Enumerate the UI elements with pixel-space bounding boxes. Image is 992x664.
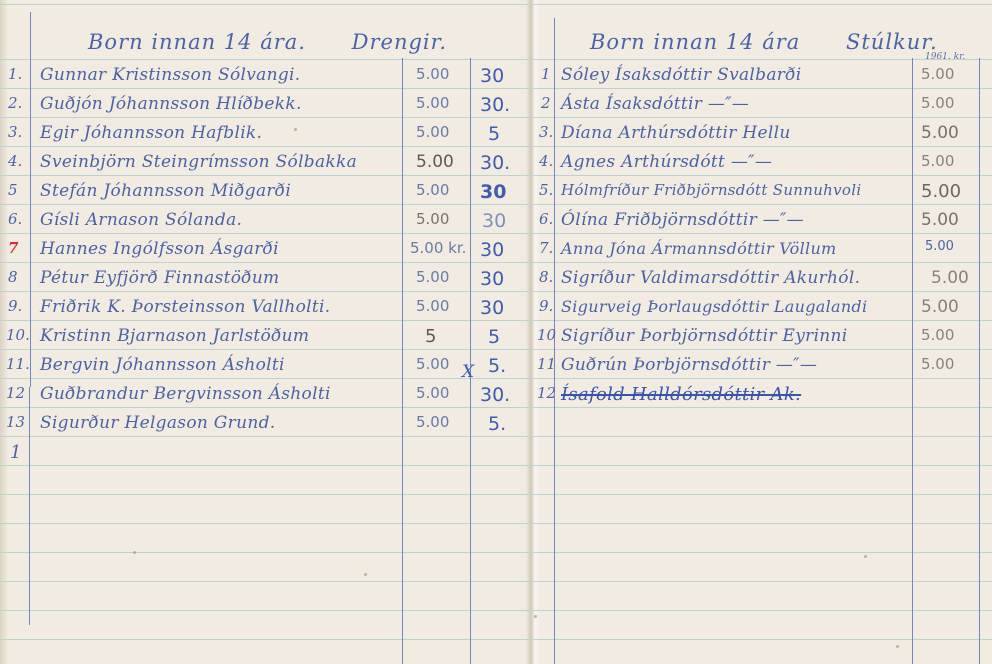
table-row: 1 Sóley Ísaksdóttir Svalbarði 5.00 <box>535 60 992 89</box>
row-number: 10. <box>6 326 30 344</box>
row-number: 4. <box>539 152 553 170</box>
paid-value: 30. <box>480 152 510 174</box>
row-number: 4. <box>8 152 22 170</box>
paid-value: 30 <box>480 181 506 203</box>
amount: 5.00 <box>416 152 454 172</box>
child-name: Hannes Ingólfsson Ásgarði <box>40 239 279 259</box>
row-number: 7. <box>539 239 553 257</box>
child-name: Ólína Friðbjörnsdóttir —″— <box>561 210 804 230</box>
amount: 5.00 <box>416 65 449 83</box>
paid-value: 30 <box>480 268 504 290</box>
left-heading-gender: Drengir. <box>352 30 447 54</box>
child-name: Stefán Jóhannsson Miðgarði <box>40 181 291 201</box>
amount: 5.00 <box>921 326 954 344</box>
table-row: 11 Guðrún Þorbjörnsdóttir —″— 5.00 <box>535 350 992 379</box>
child-name: Bergvin Jóhannsson Ásholti <box>40 355 285 375</box>
amount: 5.00 kr. <box>410 239 466 257</box>
row-number: 13 <box>6 413 25 431</box>
row-number: 2. <box>8 94 22 112</box>
row-number: 5 <box>8 181 18 199</box>
table-row: 10 Sigríður Þorbjörnsdóttir Eyrinni 5.00 <box>535 321 992 350</box>
paper-speck <box>364 573 367 576</box>
table-row: 1. Gunnar Kristinsson Sólvangi. 5.00 30 <box>0 60 533 89</box>
amount: 5.00 <box>921 65 954 83</box>
child-name: Pétur Eyfjörð Finnastöðum <box>40 268 279 288</box>
amount: 5.00 <box>416 181 449 199</box>
right-heading-gender: Stúlkur. <box>846 30 938 54</box>
amount: 5.00 <box>416 268 449 286</box>
row-number: 7 <box>8 239 18 257</box>
table-row: 6. Gísli Arnason Sólanda. 5.00 30 <box>0 205 533 234</box>
row-number: 5. <box>539 181 553 199</box>
table-row: 7 Hannes Ingólfsson Ásgarði 5.00 kr. 30 <box>0 234 533 263</box>
child-name: Kristinn Bjarnason Jarlstöðum <box>40 326 309 346</box>
amount: 5.00 <box>921 297 959 317</box>
paid-value: 30 <box>480 65 504 87</box>
table-row: 3. Egir Jóhannsson Hafblik. 5.00 5 <box>0 118 533 147</box>
table-row: 3. Díana Arthúrsdóttir Hellu 5.00 <box>535 118 992 147</box>
table-row: 7. Anna Jóna Ármannsdóttir Völlum 5.00 <box>535 234 992 263</box>
row-number: 9. <box>539 297 553 315</box>
paper-speck <box>133 551 136 554</box>
child-name-struck-through: Ísafold Halldórsdóttir Ak. <box>561 384 801 405</box>
row-number: 6. <box>8 210 22 228</box>
paid-value: 5 <box>488 326 500 348</box>
row-number: 1 <box>10 442 21 463</box>
row-number: 2 <box>541 94 551 112</box>
table-row: 2. Guðjón Jóhannsson Hlíðbekk. 5.00 30. <box>0 89 533 118</box>
paper-speck <box>294 128 297 131</box>
amount: 5.00 <box>921 123 959 143</box>
paper-speck <box>896 645 899 648</box>
child-name: Friðrik K. Þorsteinsson Vallholti. <box>40 297 330 317</box>
left-heading-title: Born innan 14 ára. <box>88 30 306 54</box>
row-number: 12 <box>6 384 25 402</box>
row-number: 1 <box>541 65 551 83</box>
table-row: 5. Hólmfríður Friðbjörnsdótt Sunnuhvoli … <box>535 176 992 205</box>
paper-speck <box>534 615 537 618</box>
amount: 5.00 <box>921 181 961 202</box>
child-name: Egir Jóhannsson Hafblik. <box>40 123 262 143</box>
left-page-heading: Born innan 14 ára. Drengir. <box>88 30 447 54</box>
child-name: Sigríður Valdimarsdóttir Akurhól. <box>561 268 860 288</box>
amount: 5.00 <box>416 94 449 112</box>
table-row: 6. Ólína Friðbjörnsdóttir —″— 5.00 <box>535 205 992 234</box>
row-number: 10 <box>537 326 556 344</box>
table-row: 8 Pétur Eyfjörð Finnastöðum 5.00 30 <box>0 263 533 292</box>
paid-value: 30 <box>482 210 506 232</box>
table-row-struck: 12 Ísafold Halldórsdóttir Ak. <box>535 379 992 408</box>
child-name: Agnes Arthúrsdótt —″— <box>561 152 772 172</box>
row-number: 8. <box>539 268 553 286</box>
paid-value: 5. <box>488 355 506 377</box>
child-name: Guðbrandur Bergvinsson Ásholti <box>40 384 331 404</box>
child-name: Sigurveig Þorlaugsdóttir Laugalandi <box>561 297 867 316</box>
table-row: 5 Stefán Jóhannsson Miðgarði 5.00 30 <box>0 176 533 205</box>
table-row: 12 Guðbrandur Bergvinsson Ásholti 5.00 3… <box>0 379 533 408</box>
child-name: Díana Arthúrsdóttir Hellu <box>561 123 791 143</box>
row-number: 3. <box>539 123 553 141</box>
row-number: 8 <box>8 268 18 286</box>
paid-value: 5. <box>488 413 506 435</box>
child-name: Sóley Ísaksdóttir Svalbarði <box>561 65 801 85</box>
right-page: Born innan 14 ára Stúlkur. 1961. kr. 1 S… <box>535 0 992 664</box>
table-row: 4. Sveinbjörn Steingrímsson Sólbakka 5.0… <box>0 147 533 176</box>
amount: 5.00 <box>416 355 449 373</box>
row-number: 9. <box>8 297 22 315</box>
child-name: Anna Jóna Ármannsdóttir Völlum <box>561 239 837 258</box>
amount: 5.00 <box>416 413 449 431</box>
amount: 5.00 <box>416 123 449 141</box>
child-name: Sigurður Helgason Grund. <box>40 413 276 433</box>
table-row: 9. Friðrik K. Þorsteinsson Vallholti. 5.… <box>0 292 533 321</box>
amount: 5 <box>425 326 436 347</box>
amount: 5.00 <box>416 210 449 228</box>
amount: 5.00 <box>416 297 449 315</box>
child-name: Hólmfríður Friðbjörnsdótt Sunnuhvoli <box>561 181 861 199</box>
table-row: 9. Sigurveig Þorlaugsdóttir Laugalandi 5… <box>535 292 992 321</box>
child-name: Ásta Ísaksdóttir —″— <box>561 94 749 114</box>
child-name: Gunnar Kristinsson Sólvangi. <box>40 65 300 85</box>
table-row: 10. Kristinn Bjarnason Jarlstöðum 5 5 <box>0 321 533 350</box>
right-page-heading: Born innan 14 ára Stúlkur. <box>590 30 938 54</box>
child-name: Guðjón Jóhannsson Hlíðbekk. <box>40 94 302 114</box>
paper-speck <box>864 555 867 558</box>
row-number: 3. <box>8 123 22 141</box>
x-annotation-mark: X <box>462 362 474 382</box>
paid-value: 30 <box>480 239 504 261</box>
amount: 5.00 <box>921 210 959 230</box>
amount: 5.00 <box>921 152 954 170</box>
child-name: Sigríður Þorbjörnsdóttir Eyrinni <box>561 326 848 346</box>
table-row: 11. Bergvin Jóhannsson Ásholti 5.00 5. <box>0 350 533 379</box>
amount: 5.00 <box>931 268 969 288</box>
row-number: 12 <box>537 384 556 402</box>
paid-value: 30. <box>480 94 510 116</box>
amount: 5.00 <box>921 94 954 112</box>
amount: 5.00 <box>416 384 449 402</box>
child-name: Gísli Arnason Sólanda. <box>40 210 242 230</box>
amount: 5.00 <box>921 355 954 373</box>
paid-value: 5 <box>488 123 500 145</box>
table-row: 1 <box>0 437 533 466</box>
table-row: 4. Agnes Arthúrsdótt —″— 5.00 <box>535 147 992 176</box>
left-page: Born innan 14 ára. Drengir. 1. Gunnar Kr… <box>0 0 533 664</box>
child-name: Guðrún Þorbjörnsdóttir —″— <box>561 355 817 375</box>
table-row: 2 Ásta Ísaksdóttir —″— 5.00 <box>535 89 992 118</box>
ledger-sheet: Born innan 14 ára. Drengir. 1. Gunnar Kr… <box>0 0 992 664</box>
amount: 5.00 <box>925 239 954 254</box>
row-number: 11. <box>6 355 30 373</box>
paid-value: 30 <box>480 297 504 319</box>
paid-value: 30. <box>480 384 510 406</box>
row-number: 6. <box>539 210 553 228</box>
child-name: Sveinbjörn Steingrímsson Sólbakka <box>40 152 357 172</box>
row-number: 1. <box>8 65 22 83</box>
table-row: 8. Sigríður Valdimarsdóttir Akurhól. 5.0… <box>535 263 992 292</box>
right-heading-title: Born innan 14 ára <box>590 30 800 54</box>
row-number: 11 <box>537 355 556 373</box>
table-row: 13 Sigurður Helgason Grund. 5.00 5. <box>0 408 533 437</box>
